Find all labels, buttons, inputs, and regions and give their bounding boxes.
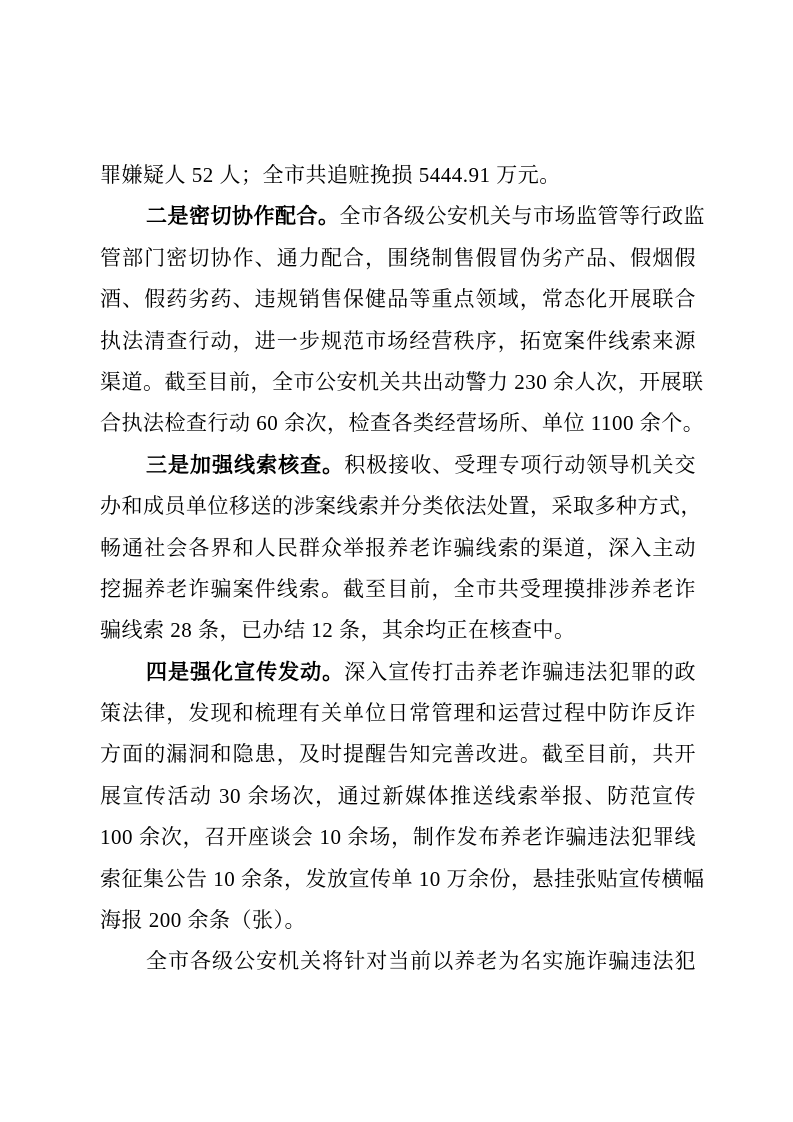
line-text: 管部门密切协作、通力配合，围绕制售假冒伪劣产品、假烟假 (100, 246, 696, 270)
line-text: 100 余次，召开座谈会 10 余场，制作发布养老诈骗违法犯罪线 (100, 825, 696, 849)
paragraph-lead-bold: 三是加强线索核查。 (146, 454, 344, 477)
text-line: 策法律，发现和梳理有关单位日常管理和运营过程中防诈反诈 (100, 693, 696, 734)
line-text: 办和成员单位移送的涉案线索并分类依法处置，采取多种方式， (100, 494, 702, 518)
line-text: 合执法检查行动 60 余次，检查各类经营场所、单位 1100 余个。 (100, 411, 704, 435)
text-line: 执法清查行动，进一步规范市场经营秩序，拓宽案件线索来源 (100, 321, 696, 362)
text-line: 索征集公告 10 余条，发放宣传单 10 万余份，悬挂张贴宣传横幅 (100, 859, 696, 900)
line-text: 罪嫌疑人 52 人；全市共追赃挽损 5444.91 万元。 (100, 163, 561, 187)
text-line: 二是密切协作配合。全市各级公安机关与市场监管等行政监 (100, 196, 696, 237)
line-text: 挖掘养老诈骗案件线索。截至目前，全市共受理摸排涉养老诈 (100, 577, 696, 601)
text-line: 渠道。截至目前，全市公安机关共出动警力 230 余人次，开展联 (100, 362, 696, 403)
text-line: 酒、假药劣药、违规销售保健品等重点领域，常态化开展联合 (100, 279, 696, 320)
text-line: 管部门密切协作、通力配合，围绕制售假冒伪劣产品、假烟假 (100, 238, 696, 279)
text-line: 四是强化宣传发动。深入宣传打击养老诈骗违法犯罪的政 (100, 652, 696, 693)
line-text: 酒、假药劣药、违规销售保健品等重点领域，常态化开展联合 (100, 287, 696, 311)
text-line: 展宣传活动 30 余场次，通过新媒体推送线索举报、防范宣传 (100, 776, 696, 817)
line-text: 深入宣传打击养老诈骗违法犯罪的政 (344, 660, 696, 684)
line-text: 全市各级公安机关与市场监管等行政监 (340, 204, 706, 228)
line-text: 积极接收、受理专项行动领导机关交 (344, 453, 696, 477)
line-text: 骗线索 28 条，已办结 12 条，其余均正在核查中。 (100, 618, 576, 642)
line-text: 海报 200 余条（张）。 (100, 908, 306, 932)
text-line: 畅通社会各界和人民群众举报养老诈骗线索的渠道，深入主动 (100, 528, 696, 569)
line-text: 展宣传活动 30 余场次，通过新媒体推送线索举报、防范宣传 (100, 784, 696, 808)
text-line: 海报 200 余条（张）。 (100, 900, 696, 941)
line-text: 方面的漏洞和隐患，及时提醒告知完善改进。截至目前，共开 (100, 742, 696, 766)
line-text: 索征集公告 10 余条，发放宣传单 10 万余份，悬挂张贴宣传横幅 (100, 867, 705, 891)
document-body: 罪嫌疑人 52 人；全市共追赃挽损 5444.91 万元。二是密切协作配合。全市… (100, 155, 696, 983)
text-line: 挖掘养老诈骗案件线索。截至目前，全市共受理摸排涉养老诈 (100, 569, 696, 610)
text-line: 骗线索 28 条，已办结 12 条，其余均正在核查中。 (100, 610, 696, 651)
line-text: 渠道。截至目前，全市公安机关共出动警力 230 余人次，开展联 (100, 370, 704, 394)
line-text: 全市各级公安机关将针对当前以养老为名实施诈骗违法犯 (146, 949, 696, 973)
document-page: 罪嫌疑人 52 人；全市共追赃挽损 5444.91 万元。二是密切协作配合。全市… (0, 0, 793, 1122)
line-text: 执法清查行动，进一步规范市场经营秩序，拓宽案件线索来源 (100, 329, 696, 353)
text-line: 100 余次，召开座谈会 10 余场，制作发布养老诈骗违法犯罪线 (100, 817, 696, 858)
text-line: 全市各级公安机关将针对当前以养老为名实施诈骗违法犯 (100, 941, 696, 982)
line-text: 策法律，发现和梳理有关单位日常管理和运营过程中防诈反诈 (100, 701, 696, 725)
text-line: 方面的漏洞和隐患，及时提醒告知完善改进。截至目前，共开 (100, 734, 696, 775)
text-line: 办和成员单位移送的涉案线索并分类依法处置，采取多种方式， (100, 486, 696, 527)
text-line: 三是加强线索核查。积极接收、受理专项行动领导机关交 (100, 445, 696, 486)
text-line: 罪嫌疑人 52 人；全市共追赃挽损 5444.91 万元。 (100, 155, 696, 196)
paragraph-lead-bold: 二是密切协作配合。 (146, 205, 340, 228)
line-text: 畅通社会各界和人民群众举报养老诈骗线索的渠道，深入主动 (100, 536, 696, 560)
text-line: 合执法检查行动 60 余次，检查各类经营场所、单位 1100 余个。 (100, 403, 696, 444)
paragraph-lead-bold: 四是强化宣传发动。 (146, 661, 344, 684)
